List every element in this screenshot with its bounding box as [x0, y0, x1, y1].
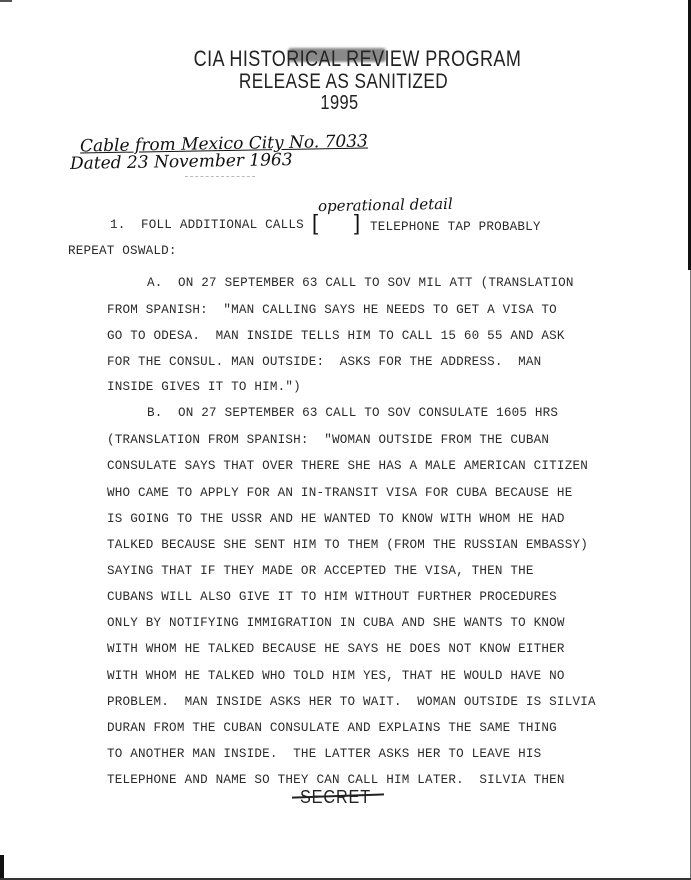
- stamp-smudge: [288, 48, 386, 62]
- redaction-bracket-right: ]: [354, 210, 360, 236]
- document-page: CIA HISTORICAL REVIEW PROGRAM RELEASE AS…: [0, 0, 691, 880]
- para-b-line: WITH WHOM HE TALKED BECAUSE HE SAYS HE D…: [107, 642, 565, 656]
- para1-line1: 1. FOLL ADDITIONAL CALLS: [110, 218, 304, 232]
- para-a-line: INSIDE GIVES IT TO HIM."): [107, 380, 301, 394]
- para1-line2: REPEAT OSWALD:: [68, 244, 177, 258]
- para-b-line: TALKED BECAUSE SHE SENT HIM TO THEM (FRO…: [107, 538, 588, 552]
- para-b-line: TELEPHONE AND NAME SO THEY CAN CALL HIM …: [107, 773, 565, 787]
- para-b-line: CONSULATE SAYS THAT OVER THERE SHE HAS A…: [107, 459, 588, 473]
- para-b-line: WITH WHOM HE TALKED WHO TOLD HIM YES, TH…: [107, 669, 565, 683]
- stamp-line-3: 1995: [56, 92, 623, 115]
- scan-edge: [0, 855, 4, 880]
- para-a-line: GO TO ODESA. MAN INSIDE TELLS HIM TO CAL…: [107, 329, 565, 343]
- para-b-line: IS GOING TO THE USSR AND HE WANTED TO KN…: [107, 512, 565, 526]
- stamp-line-2: RELEASE AS SANITIZED: [60, 70, 627, 94]
- para-b-line: TO ANOTHER MAN INSIDE. THE LATTER ASKS H…: [107, 747, 541, 761]
- handwritten-redaction-note: operational detail: [318, 195, 453, 215]
- para-b-line: WHO CAME TO APPLY FOR AN IN-TRANSIT VISA…: [107, 486, 572, 500]
- para-b-line: PROBLEM. MAN INSIDE ASKS HER TO WAIT. WO…: [107, 695, 596, 709]
- para-a-line: A. ON 27 SEPTEMBER 63 CALL TO SOV MIL AT…: [147, 276, 574, 290]
- para-b-line: SAYING THAT IF THEY MADE OR ACCEPTED THE…: [107, 564, 534, 578]
- para-a-line: FROM SPANISH: "MAN CALLING SAYS HE NEEDS…: [107, 303, 557, 317]
- para-b-line: DURAN FROM THE CUBAN CONSULATE AND EXPLA…: [107, 721, 557, 735]
- handwritten-date: Dated 23 November 1963: [70, 150, 293, 174]
- faint-line: [185, 176, 255, 178]
- scan-edge: [0, 0, 12, 2]
- para-b-line: ONLY BY NOTIFYING IMMIGRATION IN CUBA AN…: [107, 616, 565, 630]
- para-b-line: B. ON 27 SEPTEMBER 63 CALL TO SOV CONSUL…: [147, 406, 558, 420]
- para1-line1-tail: TELEPHONE TAP PROBABLY: [370, 220, 541, 234]
- redaction-bracket-left: [: [312, 210, 318, 236]
- para-b-line: (TRANSLATION FROM SPANISH: "WOMAN OUTSID…: [107, 433, 549, 447]
- para-b-line: CUBANS WILL ALSO GIVE IT TO HIM WITHOUT …: [107, 590, 557, 604]
- para-a-line: FOR THE CONSUL. MAN OUTSIDE: ASKS FOR TH…: [107, 355, 541, 369]
